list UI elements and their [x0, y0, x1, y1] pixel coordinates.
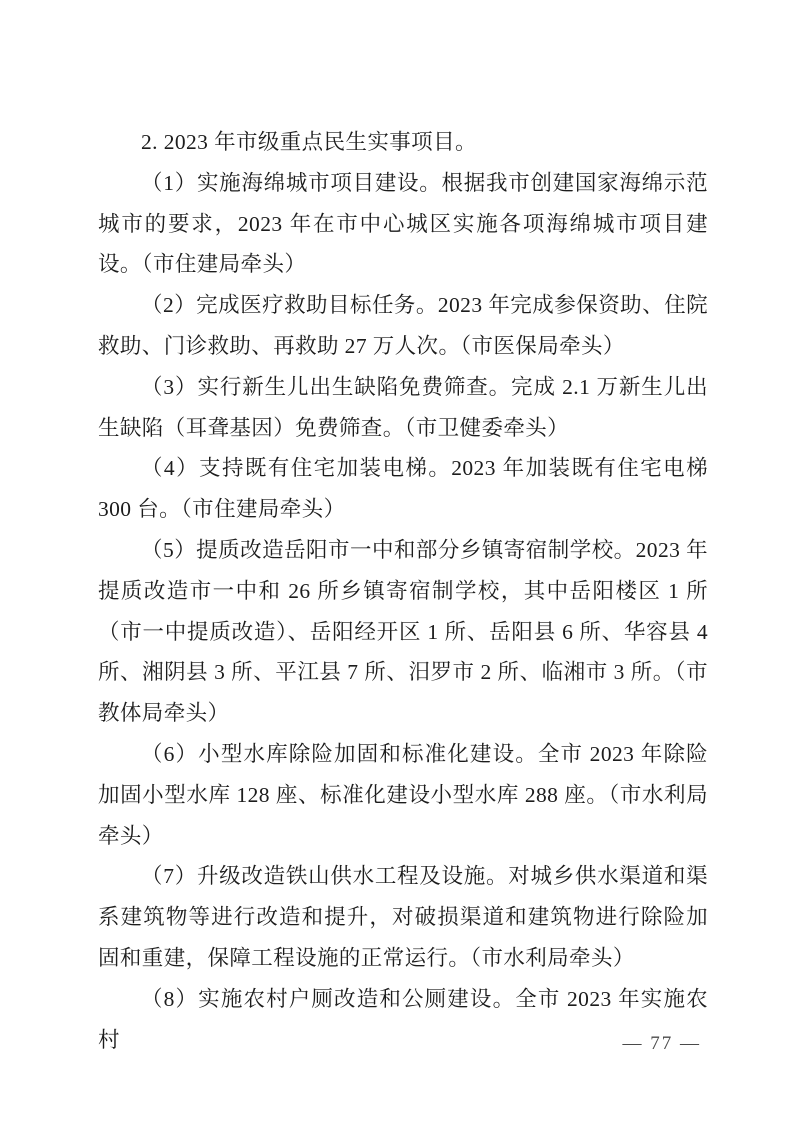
- paragraph-item-7: （7）升级改造铁山供水工程及设施。对城乡供水渠道和渠系建筑物等进行改造和提升，对…: [98, 856, 708, 978]
- paragraph-item-5: （5）提质改造岳阳市一中和部分乡镇寄宿制学校。2023 年提质改造市一中和 26…: [98, 530, 708, 734]
- page-number: — 77 —: [623, 1033, 702, 1055]
- paragraph-item-8: （8）实施农村户厕改造和公厕建设。全市 2023 年实施农村: [98, 979, 708, 1061]
- paragraph-item-3: （3）实行新生儿出生缺陷免费筛查。完成 2.1 万新生儿出生缺陷（耳聋基因）免费…: [98, 367, 708, 449]
- paragraph-item-6: （6）小型水库除险加固和标准化建设。全市 2023 年除险加固小型水库 128 …: [98, 734, 708, 856]
- paragraph-item-4: （4）支持既有住宅加装电梯。2023 年加装既有住宅电梯 300 台。（市住建局…: [98, 448, 708, 530]
- paragraph-item-1: （1）实施海绵城市项目建设。根据我市创建国家海绵示范城市的要求，2023 年在市…: [98, 163, 708, 285]
- document-body: 2. 2023 年市级重点民生实事项目。 （1）实施海绵城市项目建设。根据我市创…: [98, 122, 708, 1060]
- section-heading: 2. 2023 年市级重点民生实事项目。: [98, 122, 708, 163]
- document-page: 2. 2023 年市级重点民生实事项目。 （1）实施海绵城市项目建设。根据我市创…: [0, 0, 793, 1122]
- paragraph-item-2: （2）完成医疗救助目标任务。2023 年完成参保资助、住院救助、门诊救助、再救助…: [98, 285, 708, 367]
